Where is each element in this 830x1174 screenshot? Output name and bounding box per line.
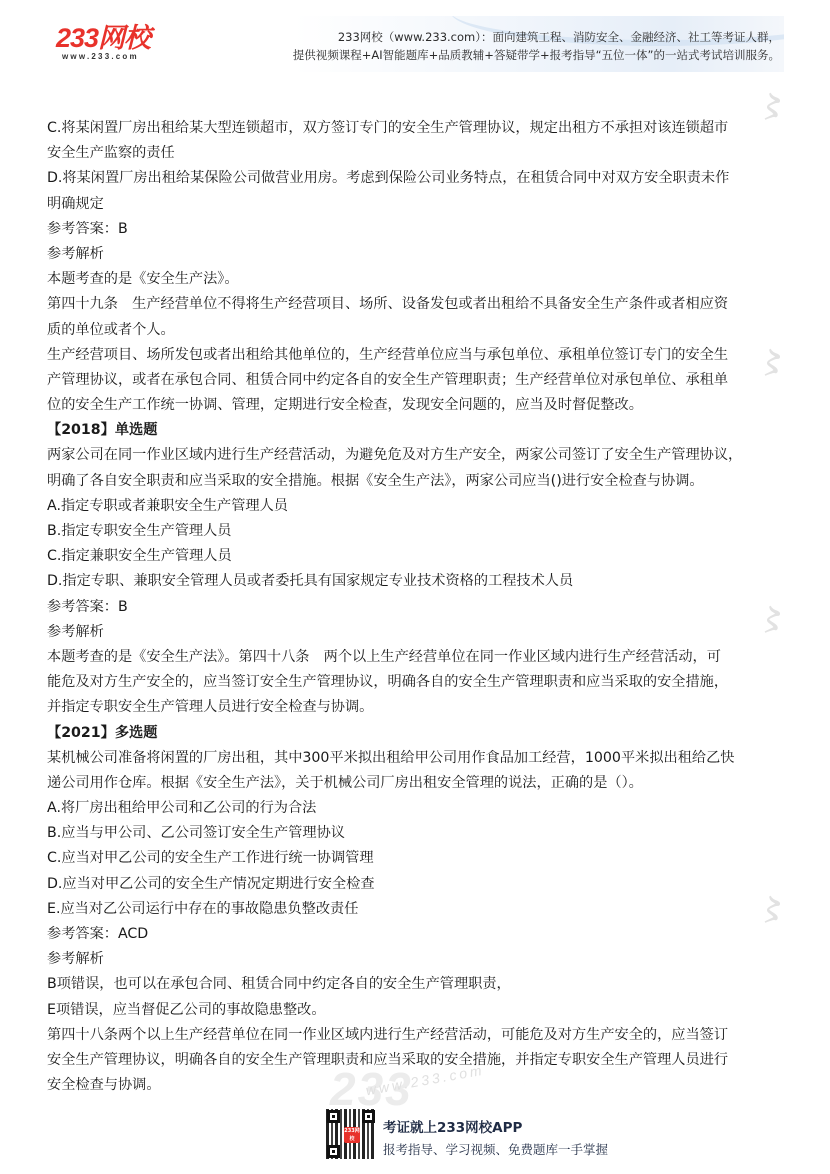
- footer-app-subtitle: 报考指导、学习视频、免费题库一手掌握: [383, 1140, 608, 1158]
- question-heading: 【2018】单选题: [47, 418, 787, 443]
- text-line: 并指定专职安全生产管理人员进行安全检查与协调。: [47, 695, 787, 720]
- question-heading: 【2021】多选题: [47, 721, 787, 746]
- answer-line: 参考答案：B: [47, 217, 787, 242]
- text-line: 位的安全生产工作统一协调、管理，定期进行安全检查，发现安全问题的，应当及时督促整…: [47, 393, 787, 418]
- text-line: 能危及对方生产安全的，应当签订安全生产管理协议，明确各自的安全生产管理职责和应当…: [47, 670, 787, 695]
- text-line: B项错误，也可以在承包合同、租赁合同中约定各自的安全生产管理职责，: [47, 972, 787, 997]
- text-line: 生产经营项目、场所发包或者出租给其他单位的，生产经营单位应当与承包单位、承租单位…: [47, 343, 787, 368]
- option-a: A.将厂房出租给甲公司和乙公司的行为合法: [47, 796, 787, 821]
- question-text: 两家公司在同一作业区域内进行生产经营活动，为避免危及对方生产安全，两家公司签订了…: [47, 443, 787, 468]
- option-b: B.应当与甲公司、乙公司签订安全生产管理协议: [47, 821, 787, 846]
- option-d: D.指定专职、兼职安全管理人员或者委托具有国家规定专业技术资格的工程技术人员: [47, 569, 787, 594]
- qr-finder-icon: [327, 1110, 340, 1123]
- page-header: 233网校 www.233.com 233网校（www.233.com）：面向建…: [30, 16, 784, 72]
- text-line: E项错误，应当督促乙公司的事故隐患整改。: [47, 998, 787, 1023]
- qr-logo: 233网校: [344, 1127, 360, 1143]
- analysis-heading: 参考解析: [47, 620, 787, 645]
- text-line: 安全生产管理协议，明确各自的安全生产管理职责和应当采取的安全措施，并指定专职安全…: [47, 1048, 787, 1073]
- site-logo[interactable]: 233网校 www.233.com: [56, 24, 206, 64]
- option-a: A.指定专职或者兼职安全生产管理人员: [47, 494, 787, 519]
- text-line: 明确规定: [47, 192, 787, 217]
- header-description: 233网校（www.233.com）：面向建筑工程、消防安全、金融经济、社工等考…: [293, 28, 780, 64]
- answer-line: 参考答案：B: [47, 595, 787, 620]
- qr-finder-icon: [327, 1145, 340, 1158]
- text-line: 安全生产监察的责任: [47, 141, 787, 166]
- text-line: 第四十八条两个以上生产经营单位在同一作业区域内进行生产经营活动，可能危及对方生产…: [47, 1023, 787, 1048]
- document-body: C.将某闲置厂房出租给某大型连锁超市，双方签订专门的安全生产管理协议，规定出租方…: [47, 116, 787, 1098]
- text-line: 本题考查的是《安全生产法》。第四十八条 两个以上生产经营单位在同一作业区域内进行…: [47, 645, 787, 670]
- question-text: 递公司用作仓库。根据《安全生产法》，关于机械公司厂房出租安全管理的说法，正确的是…: [47, 771, 787, 796]
- question-text: 某机械公司准备将闲置的厂房出租，其中300平米拟出租给甲公司用作食品加工经营，1…: [47, 746, 787, 771]
- analysis-heading: 参考解析: [47, 947, 787, 972]
- text-line: 质的单位或者个人。: [47, 318, 787, 343]
- header-desc-line-1: 233网校（www.233.com）：面向建筑工程、消防安全、金融经济、社工等考…: [293, 28, 780, 46]
- option-b: B.指定专职安全生产管理人员: [47, 519, 787, 544]
- text-line: 产管理协议，或者在承包合同、租赁合同中约定各自的安全生产管理职责；生产经营单位对…: [47, 368, 787, 393]
- header-desc-line-2: 提供视频课程+AI智能题库+品质教辅+答疑带学+报考指导“五位一体”的一站式考试…: [293, 46, 780, 64]
- qr-finder-icon: [362, 1110, 375, 1123]
- qr-code[interactable]: 233网校: [325, 1108, 377, 1160]
- option-c: C.应当对甲乙公司的安全生产工作进行统一协调管理: [47, 846, 787, 871]
- text-line: D.将某闲置厂房出租给某保险公司做营业用房。考虑到保险公司业务特点，在租赁合同中…: [47, 166, 787, 191]
- option-e: E.应当对乙公司运行中存在的事故隐患负整改责任: [47, 897, 787, 922]
- logo-url: www.233.com: [62, 52, 206, 62]
- text-line: 本题考查的是《安全生产法》。: [47, 267, 787, 292]
- footer-app-title: 考证就上233网校APP: [383, 1116, 522, 1136]
- text-line: 第四十九条 生产经营单位不得将生产经营项目、场所、设备发包或者出租给不具备安全生…: [47, 292, 787, 317]
- logo-text: 233网校: [56, 24, 206, 52]
- answer-line: 参考答案：ACD: [47, 922, 787, 947]
- analysis-heading: 参考解析: [47, 242, 787, 267]
- option-d: D.应当对甲乙公司的安全生产情况定期进行安全检查: [47, 872, 787, 897]
- question-text: 明确了各自安全职责和应当采取的安全措施。根据《安全生产法》，两家公司应当()进行…: [47, 469, 787, 494]
- option-c: C.指定兼职安全生产管理人员: [47, 544, 787, 569]
- text-line: C.将某闲置厂房出租给某大型连锁超市，双方签订专门的安全生产管理协议，规定出租方…: [47, 116, 787, 141]
